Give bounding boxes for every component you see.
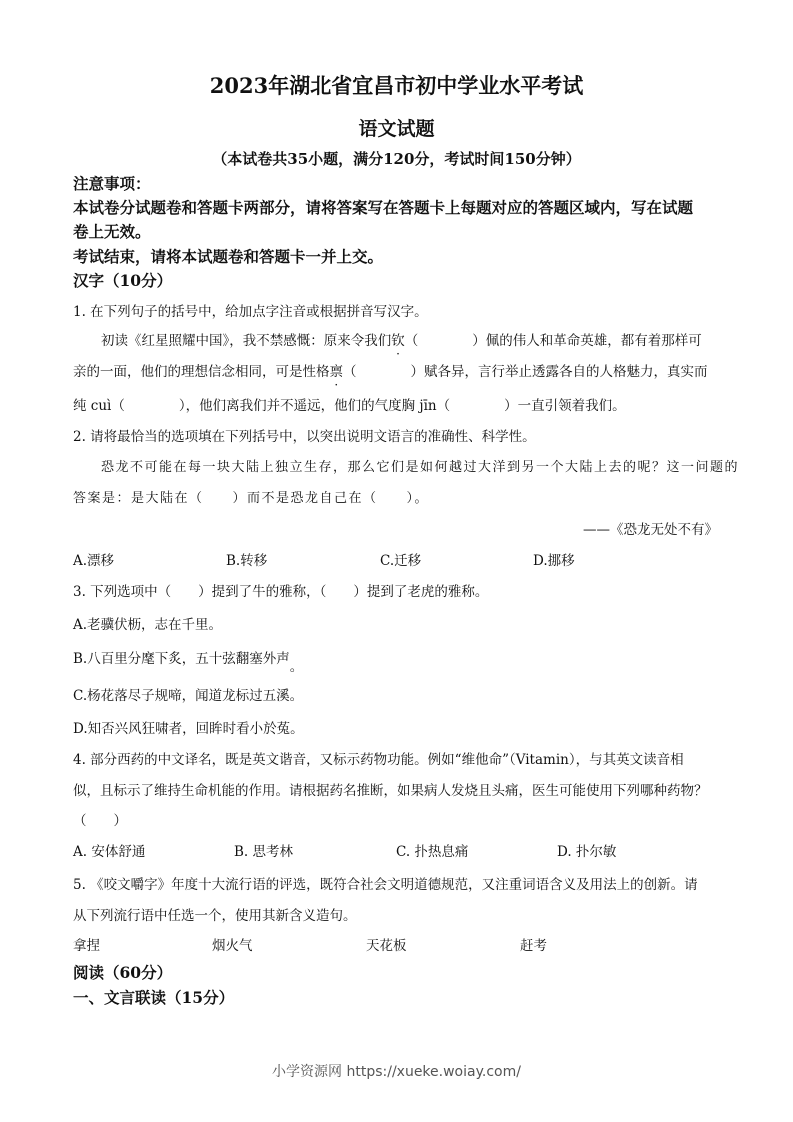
notice-line-2: 卷上无效。 <box>73 220 151 242</box>
q2-option-d: D.挪移 <box>533 549 575 569</box>
q1-passage-line-3: 纯 cuì（ ），他们离我们并不遥远，他们的气度胸 jīn（ ）一直引领着我们。 <box>73 394 626 414</box>
q1-dotted-char-2: 禀 <box>330 364 344 380</box>
q3-option-b-text: B.八百里分麾下炙，五十弦翻塞外声 <box>73 651 290 667</box>
q2-option-c: C.迁移 <box>380 549 421 569</box>
q4-answer-blank: （ ） <box>73 809 127 829</box>
q4-option-a: A. 安体舒通 <box>73 840 145 860</box>
q3-option-b-period: 。 <box>290 659 304 675</box>
q4-option-b: B. 思考林 <box>234 840 293 860</box>
q1-stem: 1. 在下列句子的括号中，给加点字注音或根据拼音写汉字。 <box>73 300 428 320</box>
q3-option-d: D.知否兴风狂啸者，回眸时看小於菟。 <box>73 717 304 737</box>
q2-passage-line-2: 答案是：是大陆在（ ）而不是恐龙自己在（ ）。 <box>73 487 429 506</box>
q3-option-c: C.杨花落尽子规啼，闻道龙标过五溪。 <box>73 684 303 704</box>
q5-word-4: 赶考 <box>520 934 547 954</box>
q5-line-1: 5. 《咬文嚼字》年度十大流行语的评选，既符合社会文明道德规范，又注重词语含义及… <box>73 873 698 893</box>
q1-dotted-char-1: 钦 <box>391 333 405 349</box>
q4-option-d: D. 扑尔敏 <box>557 840 616 860</box>
q2-option-b: B.转移 <box>226 549 267 569</box>
section-hanzi: 汉字（10分） <box>73 269 172 291</box>
q3-option-a: A.老骥伏枥，志在千里。 <box>73 613 222 633</box>
section-wenyan: 一、文言联读（15分） <box>73 986 234 1008</box>
q2-option-a: A.漂移 <box>73 549 114 569</box>
q4-line-2: 似，且标示了维持生命机能的作用。请根据药名推断，如果病人发烧且头痛，医生可能使用… <box>73 779 708 799</box>
q4-option-c: C. 扑热息痛 <box>396 840 468 860</box>
footer-watermark: 小学资源网 https://xueke.woiay.com/ <box>0 1061 793 1081</box>
exam-info: （本试卷共35小题，满分120分，考试时间150分钟） <box>0 148 793 169</box>
q5-word-1: 拿捏 <box>73 934 100 954</box>
notice-heading: 注意事项： <box>73 172 151 194</box>
notice-line-1: 本试卷分试题卷和答题卡两部分，请将答案写在答题卡上每题对应的答题区域内，写在试题 <box>73 196 693 218</box>
q2-source: ——《恐龙无处不有》 <box>583 518 718 538</box>
q3-option-b: B.八百里分麾下炙，五十弦翻塞外声。 <box>73 647 303 667</box>
q1-p2b: （ ）赋各异，言行举止透露各自的人格魅力，真实而 <box>343 364 708 380</box>
section-reading: 阅读（60分） <box>73 961 172 983</box>
q4-line-1: 4. 部分西药的中文译名，既是英文谐音，又标示药物功能。例如“维他命”（Vita… <box>73 748 684 768</box>
q5-line-2: 从下列流行语中任选一个，使用其新含义造句。 <box>73 904 357 924</box>
notice-line-3: 考试结束，请将本试题卷和答题卡一并上交。 <box>73 245 383 267</box>
q1-passage-line-1: 初读《红星照耀中国》，我不禁感慨：原来令我们钦（ ）佩的伟人和革命英雄，都有着那… <box>101 329 702 349</box>
q1-p1a: 初读《红星照耀中国》，我不禁感慨：原来令我们 <box>101 333 391 349</box>
q5-word-3: 天花板 <box>366 934 407 954</box>
q2-passage-line-1: 恐龙不可能在每一块大陆上独立生存，那么它们是如何越过大洋到另一个大陆上去的呢？这… <box>101 456 739 475</box>
exam-subtitle: 语文试题 <box>0 114 793 141</box>
q1-passage-line-2: 亲的一面，他们的理想信念相同，可是性格禀（ ）赋各异，言行举止透露各自的人格魅力… <box>73 360 708 380</box>
q5-word-2: 烟火气 <box>212 934 253 954</box>
q1-p1b: （ ）佩的伟人和革命英雄，都有着那样可 <box>405 333 702 349</box>
q1-p2a: 亲的一面，他们的理想信念相同，可是性格 <box>73 364 330 380</box>
exam-title: 2023年湖北省宜昌市初中学业水平考试 <box>0 70 793 100</box>
q2-stem: 2. 请将最恰当的选项填在下列括号中，以突出说明文语言的准确性、科学性。 <box>73 425 536 445</box>
q3-stem: 3. 下列选项中（ ）提到了牛的雅称，（ ）提到了老虎的雅称。 <box>73 580 488 600</box>
